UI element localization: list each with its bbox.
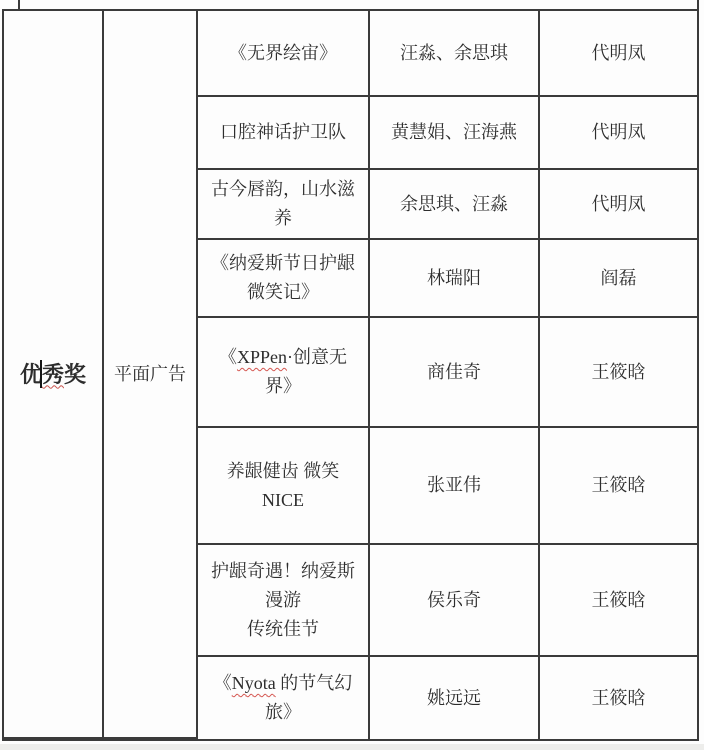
work-title-text: 《 xyxy=(219,347,237,367)
advisor-text: 王筱晗 xyxy=(592,684,646,713)
advisor-cell[interactable]: 王筱晗 xyxy=(540,657,697,739)
work-title-text: 养龈健齿 微笑 NICE xyxy=(227,461,340,510)
work-title-text: 古今唇韵，山水滋 养 xyxy=(211,179,355,228)
awards-table: 优秀奖 平面广告 《无界绘宙》 汪淼、余思琪 代明凤 口腔神话护卫队 黄慧娟、汪… xyxy=(2,9,699,741)
authors-text: 商佳奇 xyxy=(427,358,481,387)
text-cursor-caret xyxy=(40,360,42,388)
authors-text: 姚远远 xyxy=(427,684,481,713)
spellcheck-flagged-text: Nyota xyxy=(232,673,276,693)
advisor-cell[interactable]: 代明凤 xyxy=(540,11,697,97)
advisor-cell[interactable]: 代明凤 xyxy=(540,97,697,170)
authors-cell[interactable]: 余思琪、汪淼 xyxy=(370,170,540,240)
work-title-text: 护龈奇遇！纳爱斯 漫游 传统佳节 xyxy=(211,561,355,639)
work-title-text: 《 xyxy=(214,673,232,693)
award-label: 优秀奖 xyxy=(20,360,86,389)
award-category-cell[interactable]: 优秀奖 xyxy=(4,11,104,739)
page-edge-strip xyxy=(0,744,704,750)
advisor-cell[interactable]: 阎磊 xyxy=(540,240,697,318)
advisor-cell[interactable]: 代明凤 xyxy=(540,170,697,240)
work-title-text: 《无界绘宙》 xyxy=(229,43,337,63)
work-title-text: 口腔神话护卫队 xyxy=(220,122,346,142)
advisor-text: 王筱晗 xyxy=(592,358,646,387)
authors-cell[interactable]: 黄慧娟、汪海燕 xyxy=(370,97,540,170)
work-title-cell[interactable]: 养龈健齿 微笑 NICE xyxy=(198,428,370,545)
authors-cell[interactable]: 姚远远 xyxy=(370,657,540,739)
advisor-text: 代明凤 xyxy=(592,190,646,219)
work-title-cell[interactable]: 《Nyota 的节气幻 旅》 xyxy=(198,657,370,739)
media-type-label: 平面广告 xyxy=(114,360,186,389)
authors-cell[interactable]: 林瑞阳 xyxy=(370,240,540,318)
authors-text: 黄慧娟、汪海燕 xyxy=(391,118,517,147)
authors-text: 林瑞阳 xyxy=(427,264,481,293)
document-page: 优秀奖 平面广告 《无界绘宙》 汪淼、余思琪 代明凤 口腔神话护卫队 黄慧娟、汪… xyxy=(0,0,704,750)
authors-cell[interactable]: 张亚伟 xyxy=(370,428,540,545)
authors-text: 余思琪、汪淼 xyxy=(400,190,508,219)
work-title-cell[interactable]: 《XPPen·创意无 界》 xyxy=(198,318,370,428)
authors-text: 张亚伟 xyxy=(427,471,481,500)
media-type-cell[interactable]: 平面广告 xyxy=(104,11,198,739)
work-title-cell[interactable]: 古今唇韵，山水滋 养 xyxy=(198,170,370,240)
work-title-cell[interactable]: 护龈奇遇！纳爱斯 漫游 传统佳节 xyxy=(198,545,370,657)
advisor-text: 王筱晗 xyxy=(592,586,646,615)
spellcheck-flagged-text: XPPen xyxy=(237,347,287,367)
authors-cell[interactable]: 侯乐奇 xyxy=(370,545,540,657)
advisor-text: 阎磊 xyxy=(601,264,637,293)
award-label-pre: 优 xyxy=(20,362,42,387)
authors-text: 汪淼、余思琪 xyxy=(400,39,508,68)
work-title-text: 的节气幻 旅》 xyxy=(265,673,352,722)
work-title-cell[interactable]: 《纳爱斯节日护龈 微笑记》 xyxy=(198,240,370,318)
award-label-post: 奖 xyxy=(64,362,86,387)
authors-text: 侯乐奇 xyxy=(427,586,481,615)
authors-cell[interactable]: 商佳奇 xyxy=(370,318,540,428)
work-title-cell[interactable]: 口腔神话护卫队 xyxy=(198,97,370,170)
advisor-cell[interactable]: 王筱晗 xyxy=(540,428,697,545)
award-label-flagged: 秀 xyxy=(42,362,64,387)
advisor-text: 代明凤 xyxy=(592,39,646,68)
work-title-text: 《纳爱斯节日护龈 微笑记》 xyxy=(211,253,355,302)
authors-cell[interactable]: 汪淼、余思琪 xyxy=(370,11,540,97)
advisor-text: 王筱晗 xyxy=(592,471,646,500)
advisor-text: 代明凤 xyxy=(592,118,646,147)
work-title-cell[interactable]: 《无界绘宙》 xyxy=(198,11,370,97)
advisor-cell[interactable]: 王筱晗 xyxy=(540,545,697,657)
advisor-cell[interactable]: 王筱晗 xyxy=(540,318,697,428)
